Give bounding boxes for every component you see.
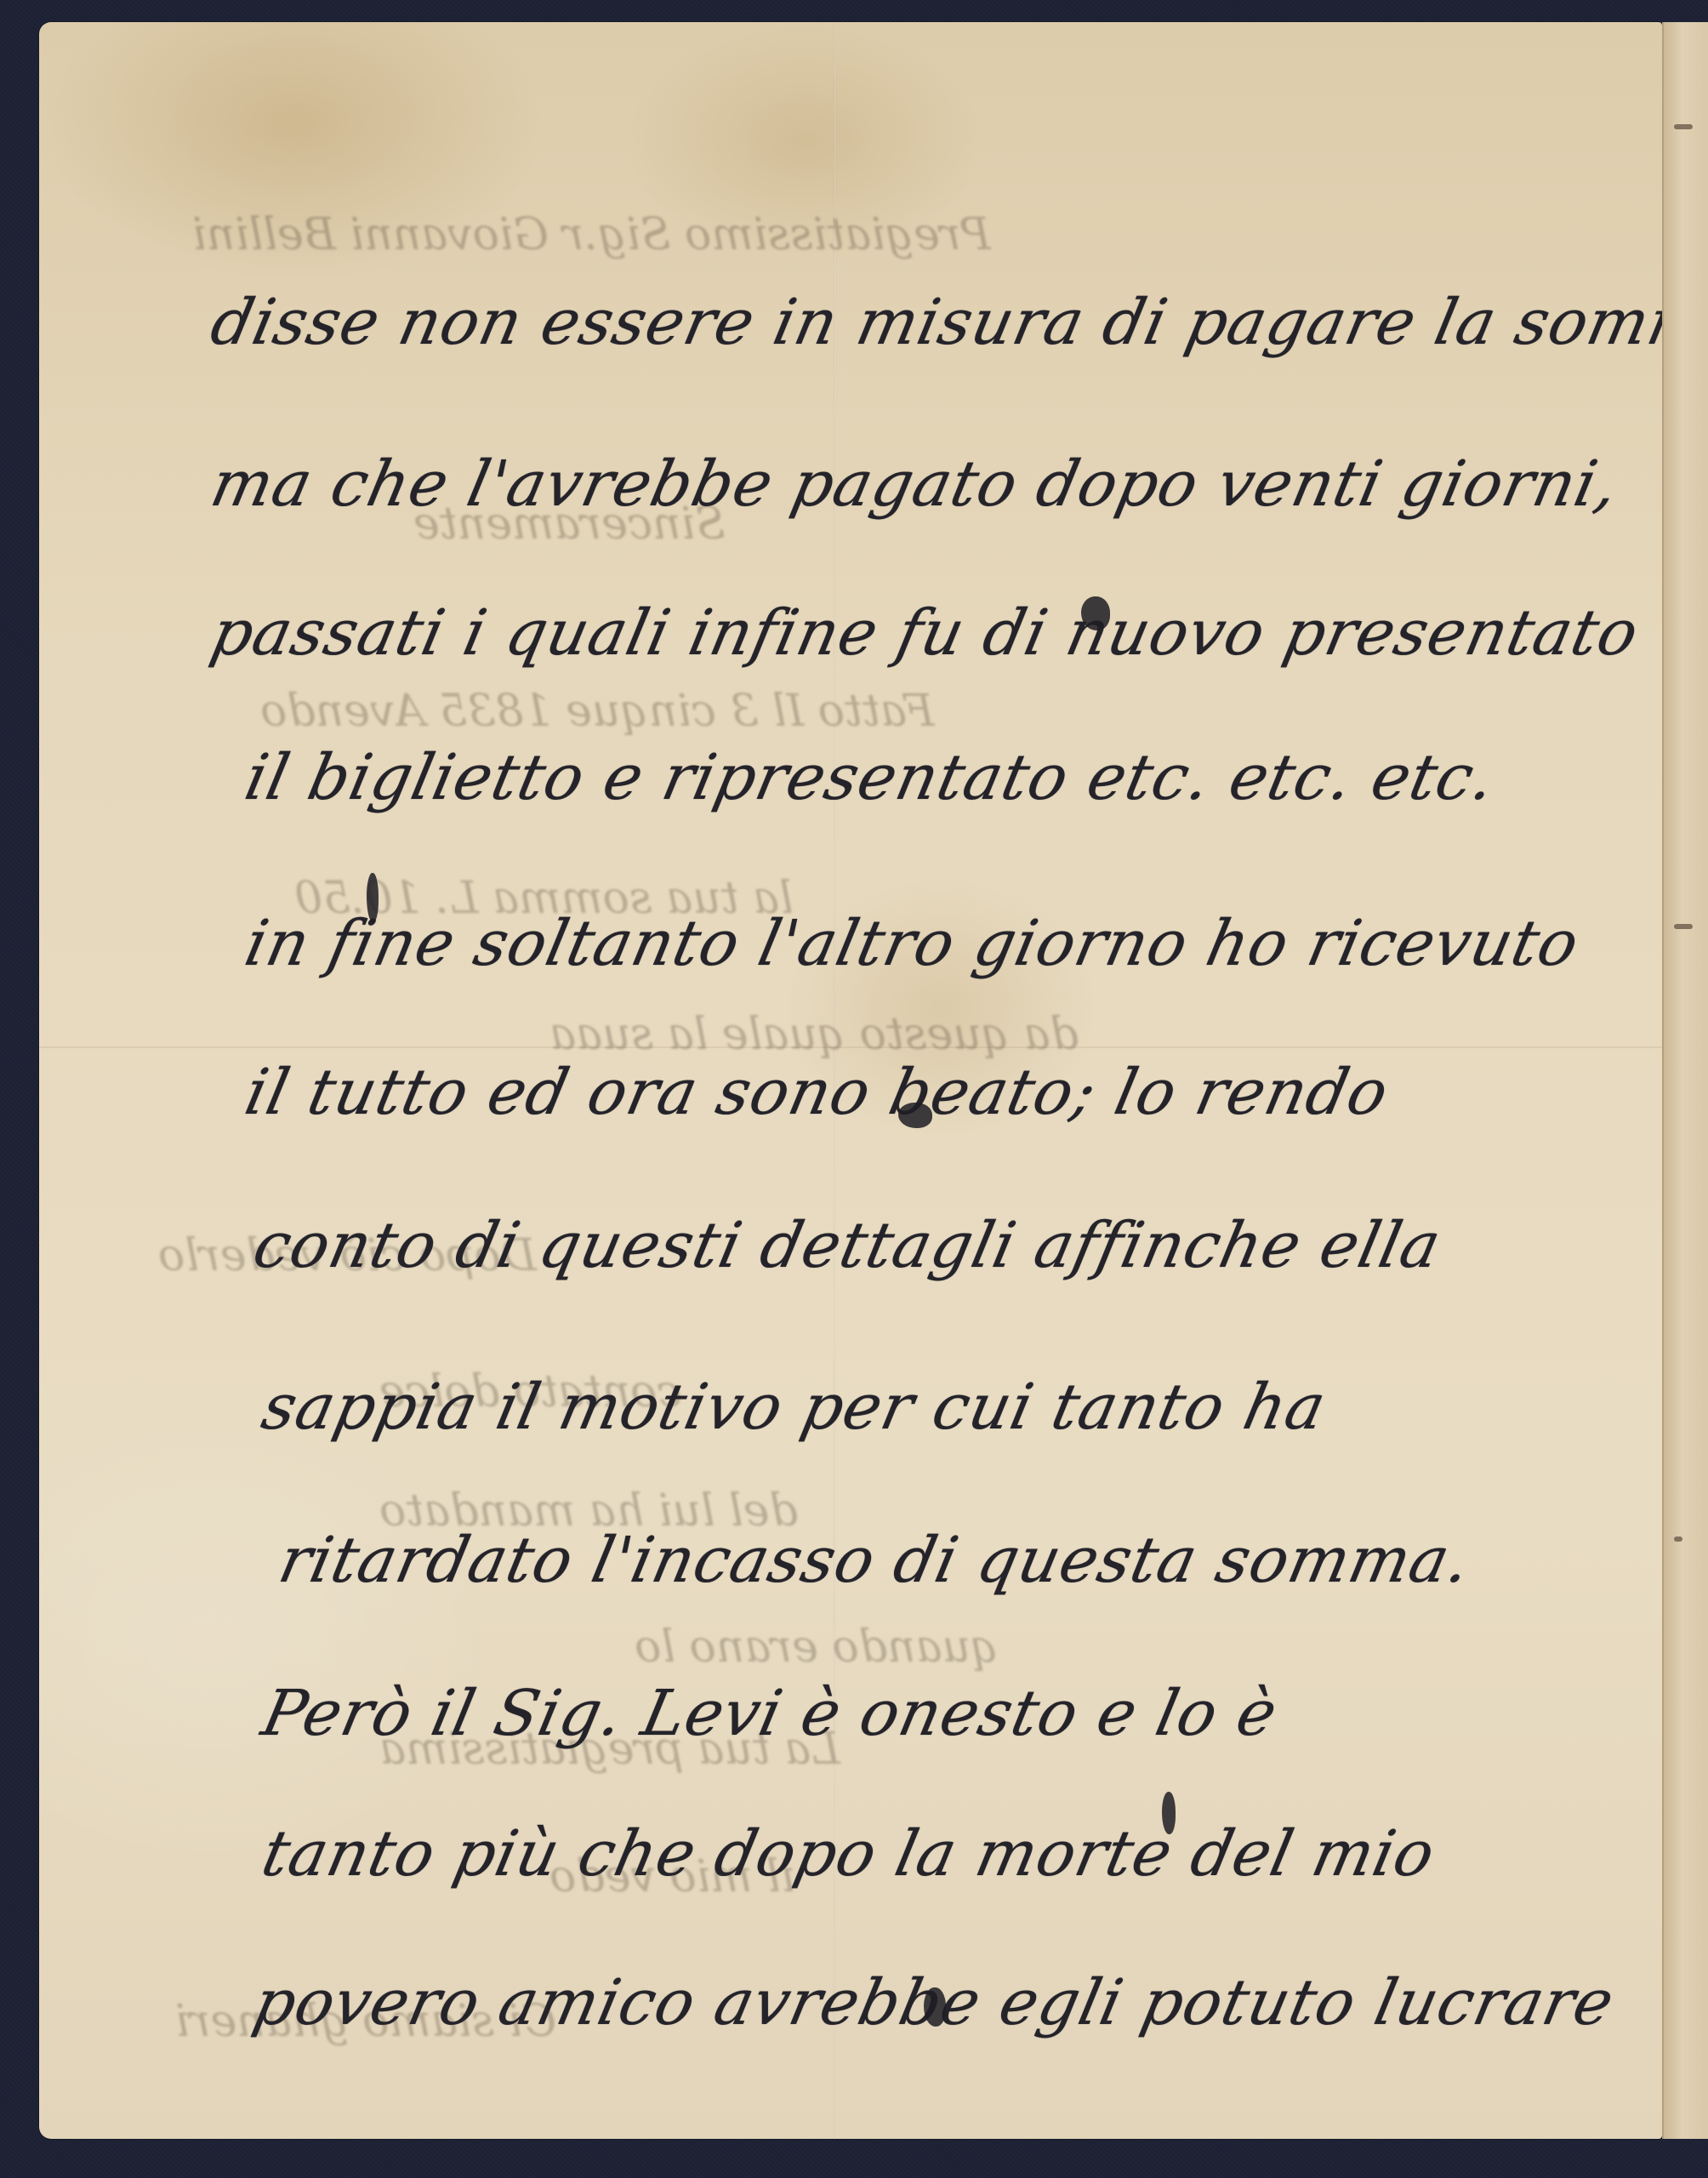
handwritten-line-6: il tutto ed ora sono beato; lo rendo xyxy=(239,1056,1395,1129)
handwritten-line-9: ritardato l'incasso di questa somma. xyxy=(273,1524,1477,1597)
adjacent-page-edge xyxy=(1662,22,1708,2139)
ink-mark xyxy=(1674,924,1693,929)
bleed-through-text: Fatto Il 3 cinque 1835 Avendo xyxy=(260,686,934,737)
handwritten-line-11: tanto più che dopo la morte del mio xyxy=(256,1817,1442,1890)
bleed-through-text: Pregiatissimo Sig.r Giovanni Bellini xyxy=(192,209,991,260)
ink-blot xyxy=(1162,1792,1176,1834)
handwritten-line-8: sappia il motivo per cui tanto ha xyxy=(256,1371,1333,1444)
ink-mark xyxy=(1674,1537,1682,1542)
ink-blot xyxy=(898,1103,932,1128)
ink-blot xyxy=(367,873,379,922)
ink-blot xyxy=(1081,596,1110,630)
bleed-through-text: quando erano lo xyxy=(635,1622,999,1673)
handwritten-line-5: in fine soltanto l'altro giorno ho ricev… xyxy=(239,907,1586,980)
handwritten-line-1: disse non essere in misura di pagare la … xyxy=(205,286,1662,359)
handwritten-line-3: passati i quali infine fu di nuovo prese… xyxy=(205,596,1645,670)
bleed-through-text: da questo quale la suaa xyxy=(549,1009,1079,1060)
ink-mark xyxy=(1674,124,1693,129)
handwritten-line-4: il biglietto e ripresentato etc. etc. et… xyxy=(239,741,1502,814)
ink-blot xyxy=(924,1987,946,2027)
handwritten-line-2: ma che l'avrebbe pagato dopo venti giorn… xyxy=(205,448,1625,521)
letter-page: Pregiatissimo Sig.r Giovanni Bellini Sin… xyxy=(39,22,1662,2139)
handwritten-line-7: conto di questi dettagli affinche ella xyxy=(248,1209,1448,1282)
handwritten-line-10: Però il Sig. Levi è onesto e lo è xyxy=(256,1677,1284,1750)
